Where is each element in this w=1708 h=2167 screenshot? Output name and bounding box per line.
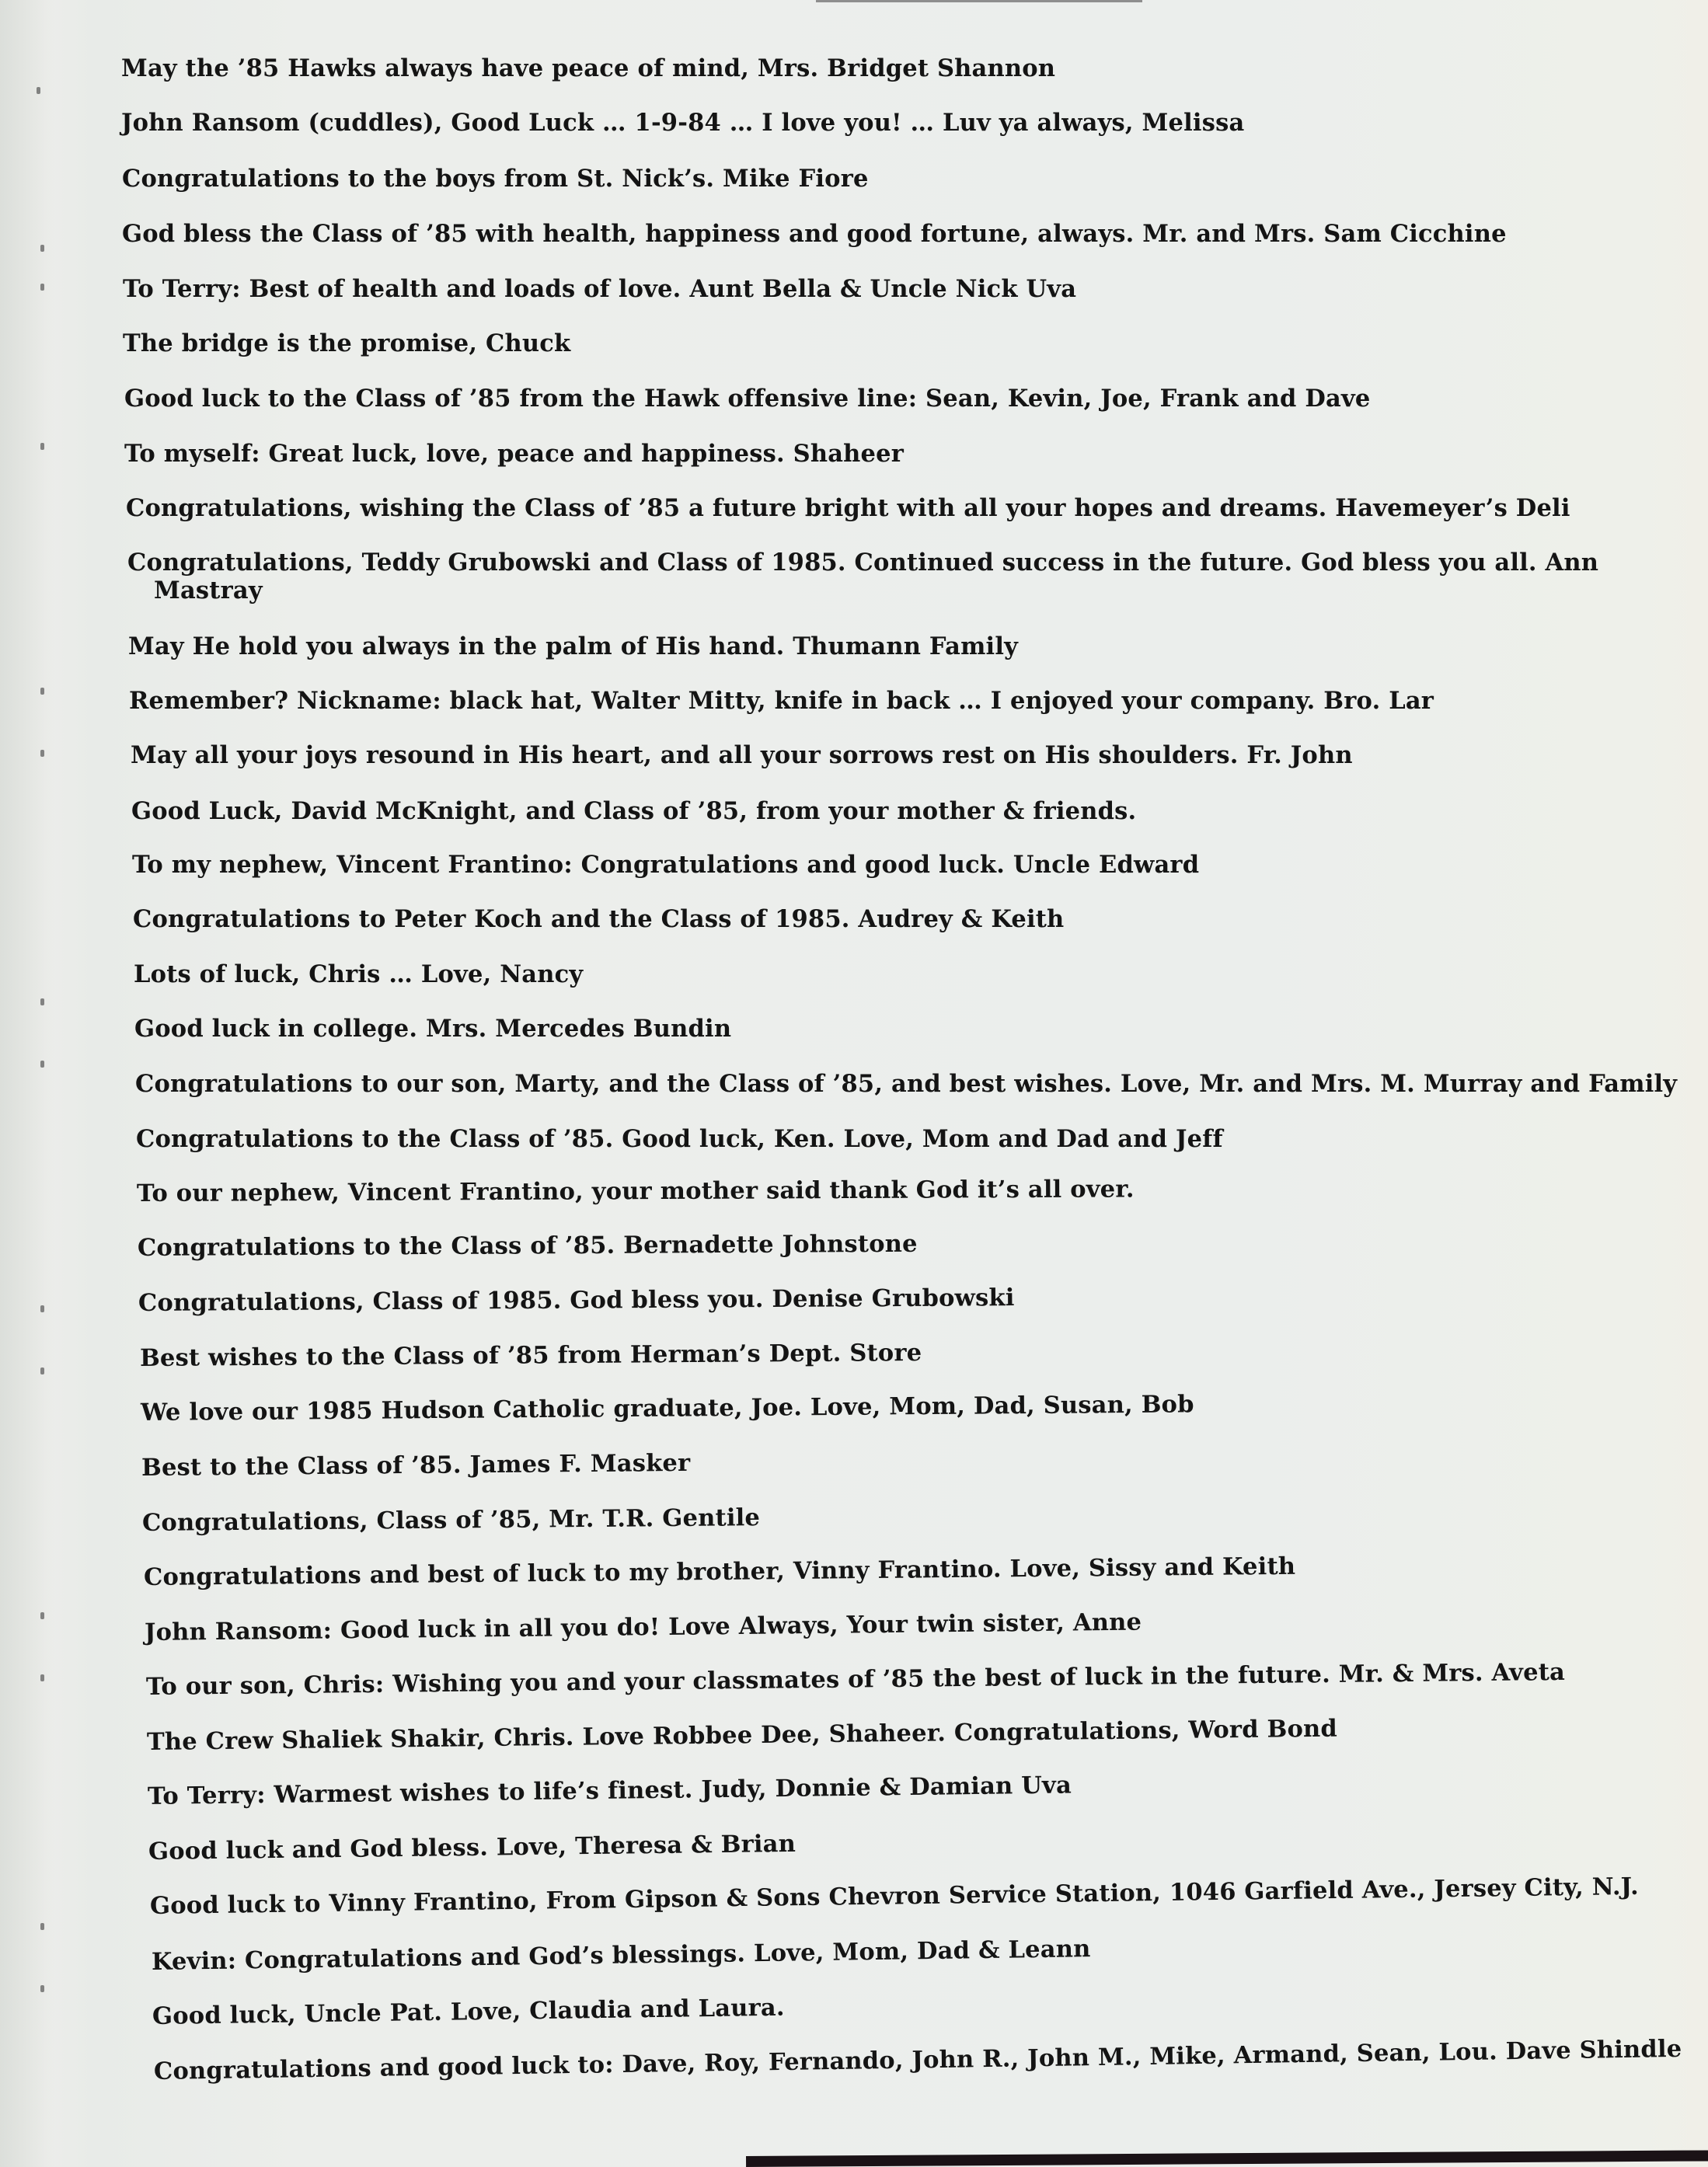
message-line: Good luck, Uncle Pat. Love, Claudia and … [152, 1994, 785, 2030]
message-line: The bridge is the promise, Chuck [123, 329, 570, 357]
message-text: God bless the Class of ’85 with health, … [122, 220, 1507, 248]
message-list: May the ’85 Hawks always have peace of m… [0, 0, 1708, 2167]
message-line: God bless the Class of ’85 with health, … [122, 220, 1507, 248]
message-line: Good luck and God bless. Love, Theresa &… [148, 1830, 796, 1866]
message-text: May the ’85 Hawks always have peace of m… [121, 54, 1055, 82]
message-text: Good Luck, David McKnight, and Class of … [131, 797, 1136, 825]
message-text: Lots of luck, Chris … Love, Nancy [134, 960, 583, 988]
message-line: Congratulations, Teddy Grubowski and Cla… [127, 549, 1598, 604]
message-text: Good luck and God bless. Love, Theresa &… [148, 1830, 796, 1866]
message-line: To Terry: Best of health and loads of lo… [123, 275, 1076, 303]
message-line: Congratulations, Class of 1985. God bles… [138, 1284, 1015, 1317]
message-text: We love our 1985 Hudson Catholic graduat… [141, 1390, 1194, 1427]
message-line: We love our 1985 Hudson Catholic graduat… [141, 1390, 1194, 1427]
message-text: John Ransom (cuddles), Good Luck … 1-9-8… [121, 109, 1244, 137]
message-text: Remember? Nickname: black hat, Walter Mi… [129, 687, 1434, 715]
message-line: Congratulations, Class of ’85, Mr. T.R. … [142, 1503, 760, 1537]
message-text: Congratulations, Class of ’85, Mr. T.R. … [142, 1503, 760, 1537]
message-text: To myself: Great luck, love, peace and h… [124, 440, 904, 468]
message-text: Congratulations to the Class of ’85. Ber… [138, 1230, 918, 1262]
message-line: John Ransom: Good luck in all you do! Lo… [145, 1608, 1142, 1646]
message-line: Kevin: Congratulations and God’s blessin… [152, 1935, 1091, 1976]
message-text: To our nephew, Vincent Frantino, your mo… [137, 1175, 1135, 1207]
message-text: Congratulations and best of luck to my b… [144, 1552, 1295, 1591]
message-text: May all your joys resound in His heart, … [131, 741, 1353, 769]
message-text: Best wishes to the Class of ’85 from Her… [140, 1339, 922, 1372]
message-text: Congratulations, Teddy Grubowski and Cla… [127, 549, 1598, 577]
message-text: Good luck to Vinny Frantino, From Gipson… [150, 1873, 1639, 1920]
message-line: To our nephew, Vincent Frantino, your mo… [137, 1175, 1135, 1207]
message-line: Good Luck, David McKnight, and Class of … [131, 797, 1136, 825]
message-text: Good luck in college. Mrs. Mercedes Bund… [134, 1015, 731, 1043]
message-text: Congratulations and good luck to: Dave, … [154, 2035, 1682, 2085]
message-line: Congratulations and best of luck to my b… [144, 1552, 1295, 1591]
message-line: Congratulations to Peter Koch and the Cl… [133, 905, 1064, 933]
message-line: May the ’85 Hawks always have peace of m… [121, 54, 1055, 82]
message-line: To Terry: Warmest wishes to life’s fines… [148, 1771, 1072, 1810]
message-line: Congratulations to our son, Marty, and t… [135, 1070, 1677, 1098]
message-line: To our son, Chris: Wishing you and your … [146, 1658, 1565, 1701]
message-text: The Crew Shaliek Shakir, Chris. Love Rob… [147, 1715, 1337, 1756]
message-text: Congratulations to the boys from St. Nic… [122, 165, 869, 193]
message-line: To myself: Great luck, love, peace and h… [124, 440, 904, 468]
message-continuation: Mastray [127, 577, 1598, 604]
message-text: Congratulations, wishing the Class of ’8… [126, 494, 1570, 522]
message-line: May all your joys resound in His heart, … [131, 741, 1353, 769]
message-text: Kevin: Congratulations and God’s blessin… [152, 1935, 1091, 1976]
message-text: Congratulations, Class of 1985. God bles… [138, 1284, 1015, 1317]
message-line: Congratulations, wishing the Class of ’8… [126, 494, 1570, 522]
yearbook-page: May the ’85 Hawks always have peace of m… [0, 0, 1708, 2167]
message-text: To Terry: Warmest wishes to life’s fines… [148, 1771, 1072, 1810]
message-line: Remember? Nickname: black hat, Walter Mi… [129, 687, 1434, 715]
message-line: To my nephew, Vincent Frantino: Congratu… [132, 851, 1199, 879]
message-text: May He hold you always in the palm of Hi… [128, 632, 1018, 660]
message-line: Congratulations and good luck to: Dave, … [154, 2035, 1682, 2085]
message-text: John Ransom: Good luck in all you do! Lo… [145, 1608, 1142, 1646]
message-line: Good luck to Vinny Frantino, From Gipson… [150, 1873, 1639, 1920]
message-text: Congratulations to the Class of ’85. Goo… [136, 1125, 1223, 1153]
message-text: To my nephew, Vincent Frantino: Congratu… [132, 851, 1199, 879]
message-line: Lots of luck, Chris … Love, Nancy [134, 960, 583, 988]
message-text: Good luck, Uncle Pat. Love, Claudia and … [152, 1994, 785, 2030]
message-text: Good luck to the Class of ’85 from the H… [124, 385, 1371, 413]
message-line: The Crew Shaliek Shakir, Chris. Love Rob… [147, 1715, 1337, 1756]
message-text: Congratulations to our son, Marty, and t… [135, 1070, 1677, 1098]
message-line: Congratulations to the boys from St. Nic… [122, 165, 869, 193]
message-line: Best to the Class of ’85. James F. Maske… [141, 1449, 691, 1482]
message-line: May He hold you always in the palm of Hi… [128, 632, 1018, 660]
message-line: Congratulations to the Class of ’85. Ber… [138, 1230, 918, 1262]
message-text: Best to the Class of ’85. James F. Maske… [141, 1449, 691, 1482]
message-line: Best wishes to the Class of ’85 from Her… [140, 1339, 922, 1372]
message-text: To Terry: Best of health and loads of lo… [123, 275, 1076, 303]
message-text: Congratulations to Peter Koch and the Cl… [133, 905, 1064, 933]
message-line: Congratulations to the Class of ’85. Goo… [136, 1125, 1223, 1153]
message-line: Good luck to the Class of ’85 from the H… [124, 385, 1371, 413]
message-line: John Ransom (cuddles), Good Luck … 1-9-8… [121, 109, 1244, 137]
message-text: To our son, Chris: Wishing you and your … [146, 1658, 1565, 1701]
message-text: The bridge is the promise, Chuck [123, 329, 570, 357]
message-line: Good luck in college. Mrs. Mercedes Bund… [134, 1015, 731, 1043]
